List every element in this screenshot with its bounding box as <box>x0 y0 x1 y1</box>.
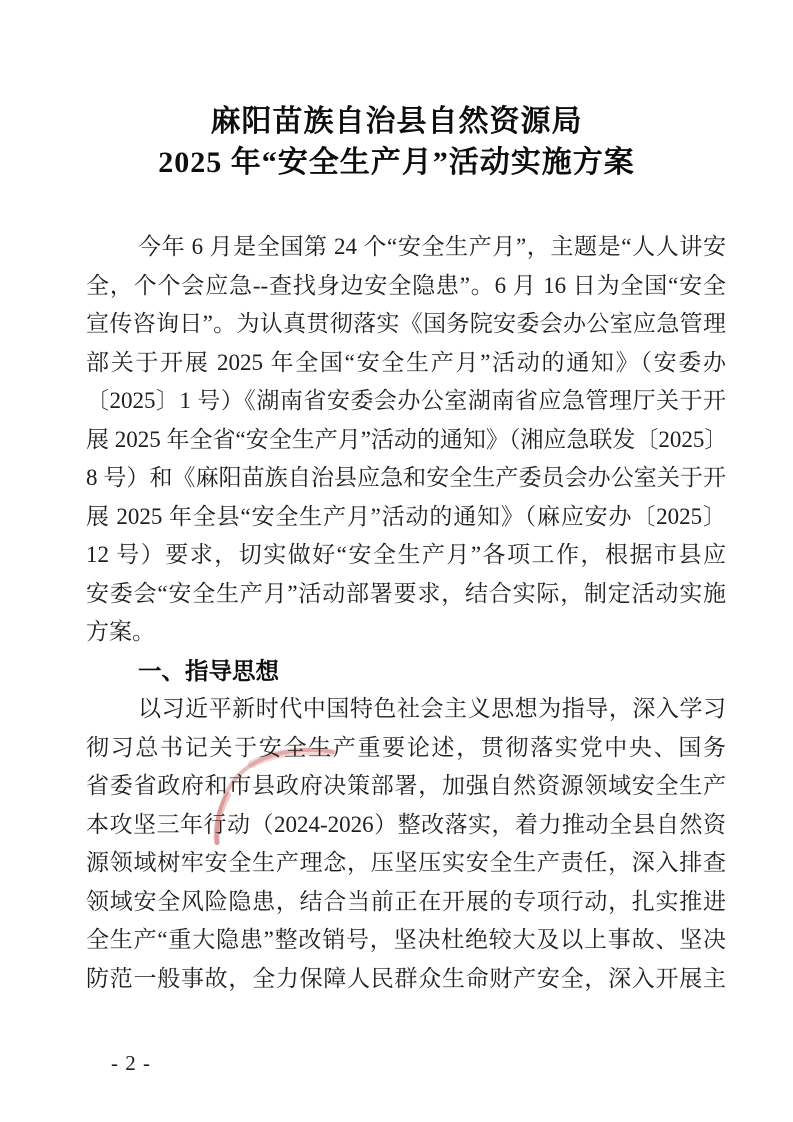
body-text-line: 以习近平新时代中国特色社会主义思想为指导，深入学习贯 <box>86 690 726 729</box>
body-text-line: 展 2025 年全省“安全生产月”活动的通知》（湘应急联发〔2025〕 <box>86 421 726 460</box>
body-text-line: 领域安全风险隐患，结合当前正在开展的专项行动，扎实推进安 <box>86 883 726 922</box>
document-title: 麻阳苗族自治县自然资源局 2025 年“安全生产月”活动实施方案 <box>0 101 793 183</box>
body-text-line: 12 号）要求，切实做好“安全生产月”各项工作，根据市县应 <box>86 536 726 575</box>
body-text-line: 全生产“重大隐患”整改销号，坚决杜绝较大及以上事故、坚决 <box>86 921 726 960</box>
body-text-line: 本攻坚三年行动（2024-2026）整改落实，着力推动全县自然资 <box>86 806 726 845</box>
body-text-line: 省委省政府和市县政府决策部署，加强自然资源领域安全生产治 <box>86 767 726 806</box>
page-number: - 2 - <box>111 1048 151 1078</box>
document-body: 今年 6 月是全国第 24 个“安全生产月”，主题是“人人讲安全，个个会应急--… <box>86 228 726 998</box>
body-text-line: 〔2025〕1 号）《湖南省安委会办公室湖南省应急管理厅关于开 <box>86 382 726 421</box>
body-text-line: 彻习总书记关于安全生产重要论述，贯彻落实党中央、国务院、 <box>86 729 726 768</box>
document-title-line2: 2025 年“安全生产月”活动实施方案 <box>0 142 793 183</box>
body-text-line: 安委会“安全生产月”活动部署要求，结合实际，制定活动实施 <box>86 575 726 614</box>
body-text-line: 方案。 <box>86 613 726 652</box>
body-text-line: 8 号）和《麻阳苗族自治县应急和安全生产委员会办公室关于开 <box>86 459 726 498</box>
section-heading: 一、指导思想 <box>86 652 726 691</box>
body-text-line: 宣传咨询日”。为认真贯彻落实《国务院安委会办公室应急管理 <box>86 305 726 344</box>
document-page: 麻阳苗族自治县自然资源局 2025 年“安全生产月”活动实施方案 今年 6 月是… <box>0 0 793 1122</box>
body-text-line: 防范一般事故，全力保障人民群众生命财产安全，深入开展主题 <box>86 960 726 999</box>
document-title-line1: 麻阳苗族自治县自然资源局 <box>0 101 793 142</box>
body-text-line: 部关于开展 2025 年全国“安全生产月”活动的通知》（安委办 <box>86 344 726 383</box>
body-text-line: 展 2025 年全县“安全生产月”活动的通知》（麻应安办〔2025〕 <box>86 498 726 537</box>
body-text-line: 源领域树牢安全生产理念，压坚压实安全生产责任，深入排查本 <box>86 844 726 883</box>
body-text-line: 全，个个会应急--查找身边安全隐患”。6 月 16 日为全国“安全 <box>86 267 726 306</box>
body-text-line: 今年 6 月是全国第 24 个“安全生产月”，主题是“人人讲安 <box>86 228 726 267</box>
